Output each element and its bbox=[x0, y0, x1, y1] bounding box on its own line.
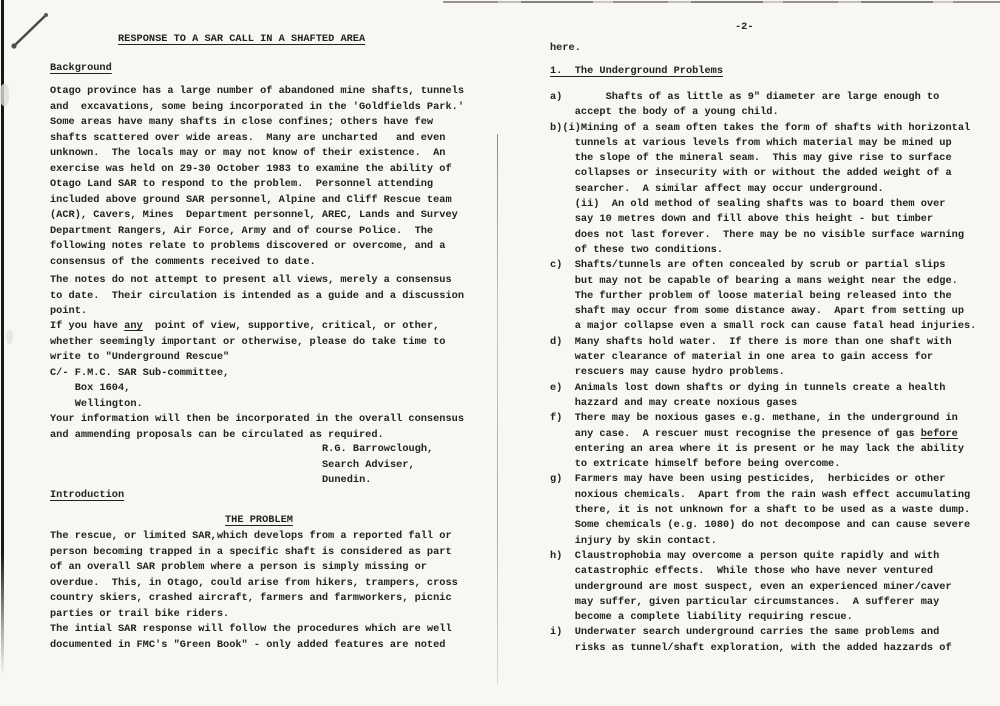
underground-problems-heading: 1. The Underground Problems bbox=[550, 64, 723, 80]
scan-edge-top bbox=[443, 1, 1000, 3]
notes-paragraph: The notes do not attempt to present all … bbox=[50, 273, 464, 320]
signature-block: R.G. Barrowclough,Search Adviser,Dunedin… bbox=[322, 442, 433, 489]
background-paragraph: Otago province has a large number of aba… bbox=[50, 84, 464, 270]
underground-problems-list: a) Shafts of as little as 9" diameter ar… bbox=[550, 90, 976, 656]
problem-paragraph: The rescue, or limited SAR,which develop… bbox=[50, 529, 458, 653]
continuation-text: here. bbox=[550, 41, 581, 57]
contact-paragraph: If you have any point of view, supportiv… bbox=[50, 319, 464, 443]
problem-heading: THE PROBLEM bbox=[225, 513, 293, 529]
pen-mark-icon bbox=[6, 6, 58, 58]
scan-smudge bbox=[0, 84, 9, 106]
page-fold-line bbox=[497, 134, 498, 684]
scan-smudge bbox=[6, 330, 13, 344]
page-number: -2- bbox=[735, 20, 754, 36]
scanned-document: { "colors": { "paper": "#f8f7f3", "ink":… bbox=[0, 0, 1000, 706]
introduction-heading: Introduction bbox=[50, 488, 124, 504]
background-heading: Background bbox=[50, 61, 112, 77]
document-title: RESPONSE TO A SAR CALL IN A SHAFTED AREA bbox=[118, 32, 365, 48]
